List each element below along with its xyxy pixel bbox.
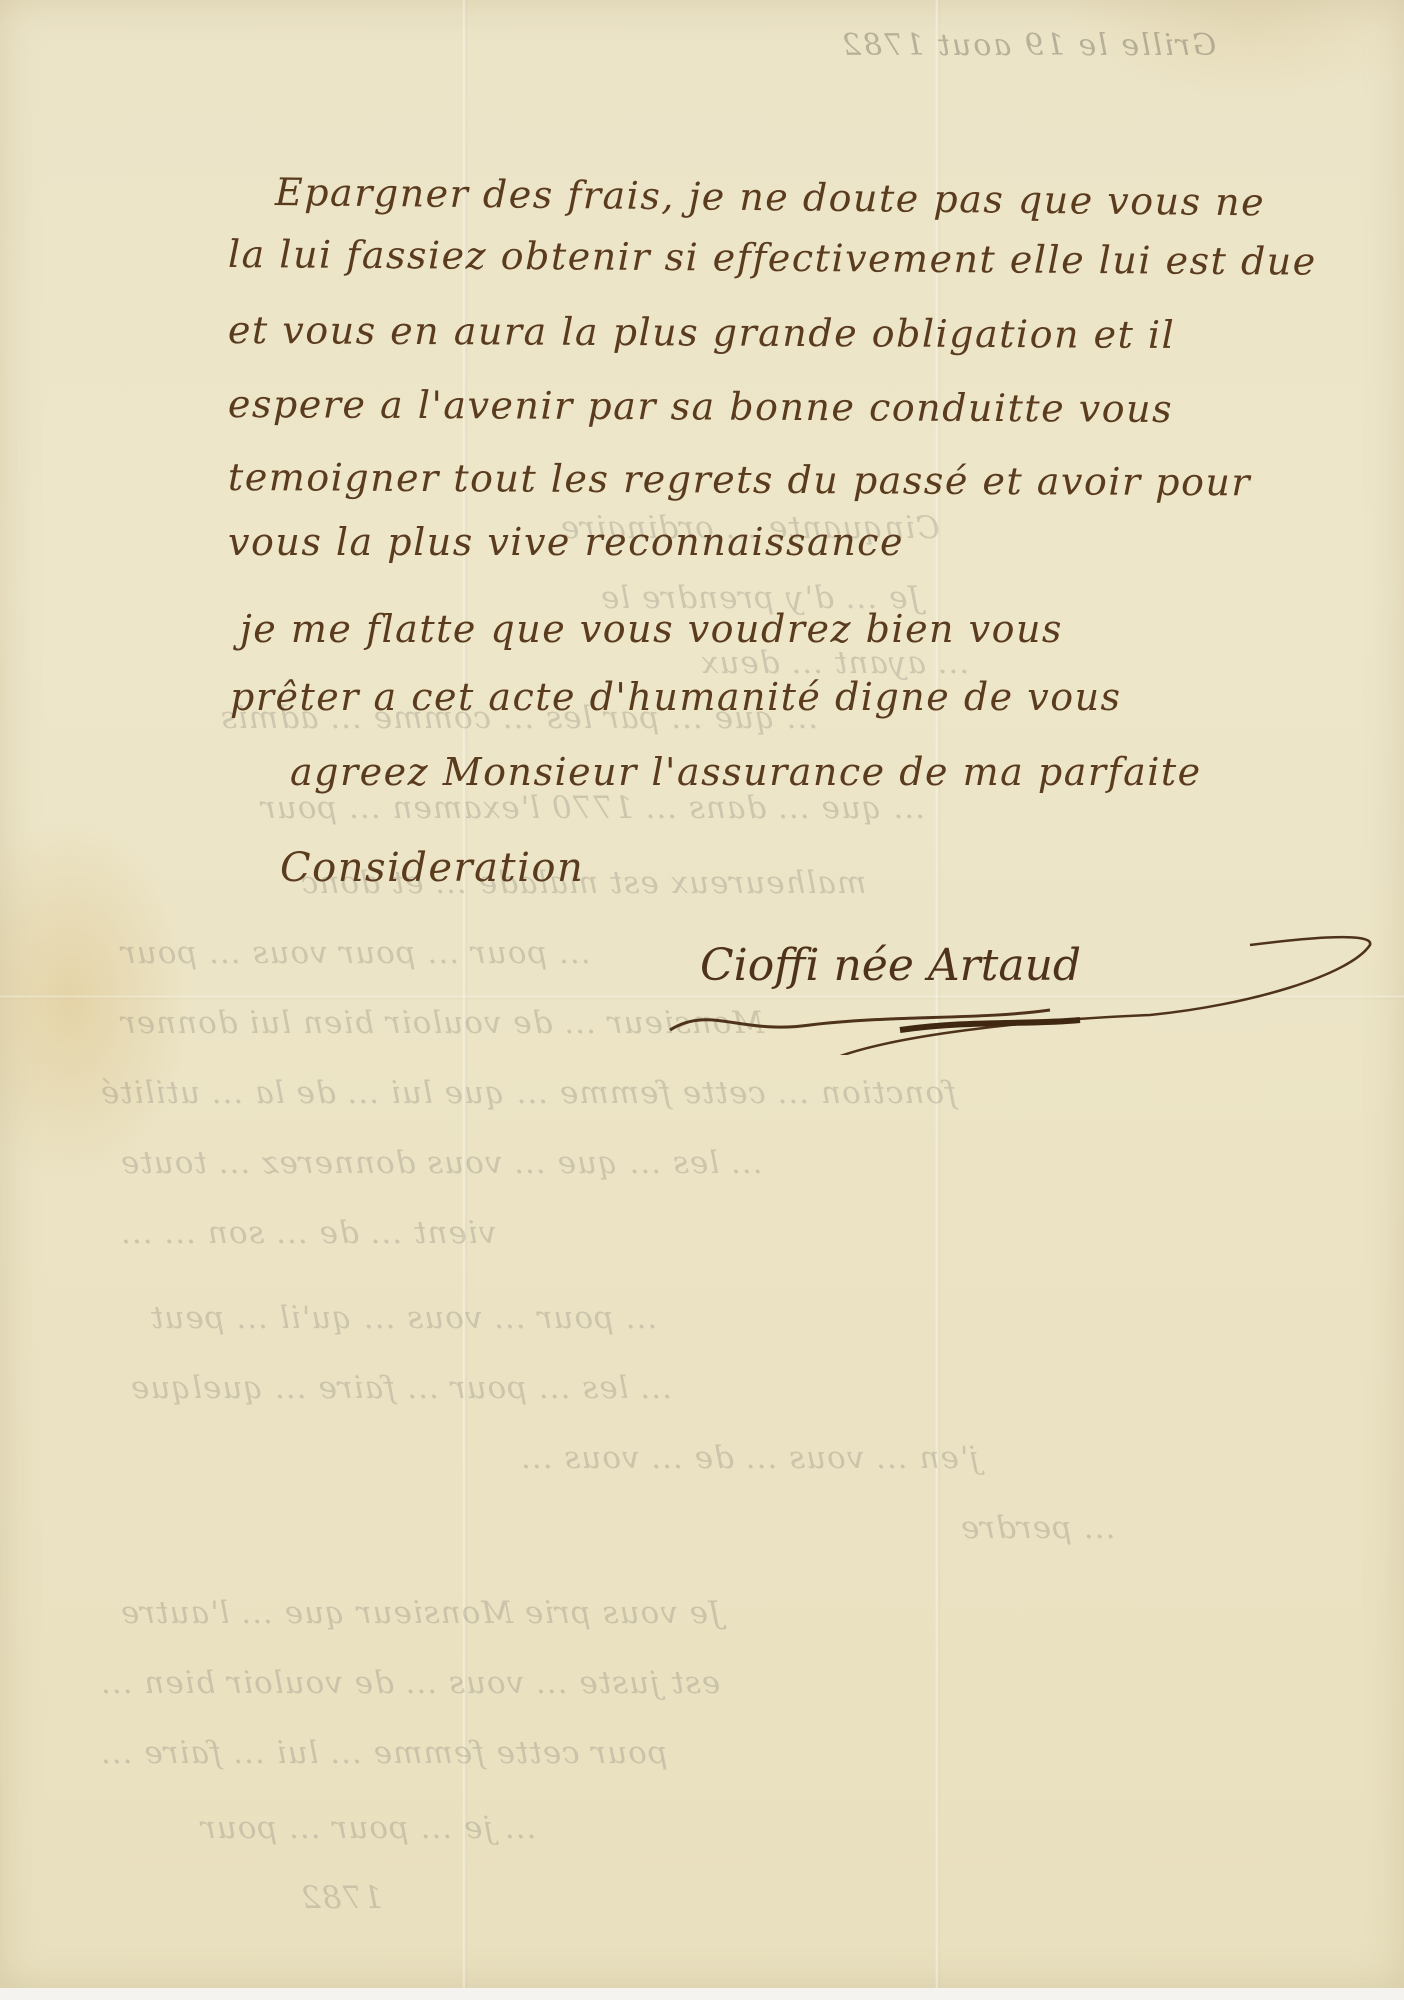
- bleed-through-line: est juste ... vous ... de vouloir bien .…: [100, 1665, 720, 1701]
- letter-body-line: la lui fassiez obtenir si effectivement …: [228, 232, 1317, 284]
- letter-paragraph-line: je me flatte que vous voudrez bien vous: [240, 607, 1063, 651]
- bleed-through-line: ... perdre: [960, 1510, 1115, 1546]
- letter-paragraph-line: prêter a cet acte d'humanité digne de vo…: [230, 675, 1122, 719]
- letter-paper: Grille le 19 aout 1782 Cinquante ... ord…: [0, 0, 1404, 1988]
- bleed-through-line: ... que ... dans ... 1770 l'examen ... p…: [260, 790, 925, 826]
- letter-closing-line: agreez Monsieur l'assurance de ma parfai…: [290, 750, 1202, 794]
- bleed-through-line: ... pour ... vous ... qu'il ... peut: [150, 1300, 657, 1336]
- letter-body-line: vous la plus vive reconnaissance: [228, 520, 904, 564]
- scan-margin: [0, 1988, 1404, 2000]
- letter-body-line: temoigner tout les regrets du passé et a…: [228, 455, 1251, 504]
- bleed-through-line: ... je ... pour ... pour: [200, 1810, 537, 1846]
- signature-flourish-icon: [650, 925, 1390, 1055]
- letter-body-line: espere a l'avenir par sa bonne conduitte…: [228, 382, 1173, 431]
- bleed-through-line: vient ... de ... son ... ...: [120, 1215, 496, 1251]
- bleed-through-line: ... les ... pour ... faire ... quelque: [130, 1370, 672, 1406]
- bleed-through-line: Je vous prie Monsieur que ... l'autre: [120, 1595, 721, 1631]
- bleed-through-line: pour cette femme ... lui ... faire ...: [100, 1735, 668, 1771]
- bleed-through-line: ... les ... que ... vous donnerez ... to…: [120, 1145, 763, 1181]
- bleed-through-line: fonction ... cette femme ... que lui ...…: [100, 1075, 957, 1111]
- bleed-through-line: j'en ... vous ... de ... vous ...: [520, 1440, 979, 1476]
- letter-closing-line: Consideration: [280, 845, 584, 891]
- letter-body-line: et vous en aura la plus grande obligatio…: [228, 308, 1175, 357]
- bleed-through-line: ... pour ... pour vous ... pour: [120, 935, 591, 971]
- header-date-bleed-through: Grille le 19 aout 1782: [840, 28, 1216, 63]
- bleed-through-line: 1782: [300, 1880, 383, 1916]
- letter-body-line: Epargner des frais, je ne doute pas que …: [275, 170, 1266, 224]
